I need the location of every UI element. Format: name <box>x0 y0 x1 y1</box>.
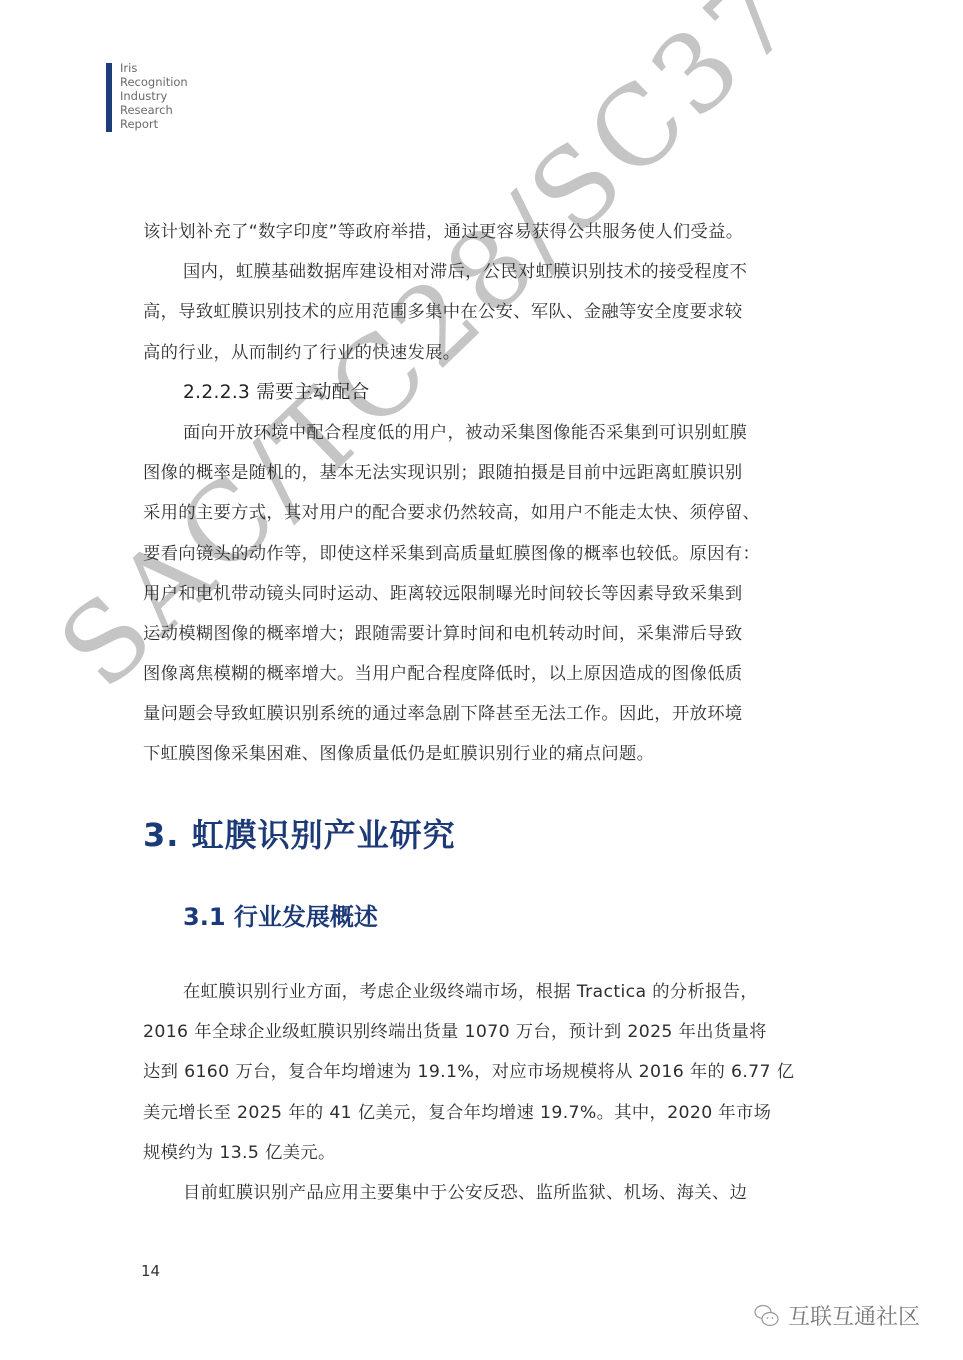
paragraph-line: 量问题会导致虹膜识别系统的通过率急剧下降甚至无法工作。因此，开放环境 <box>143 694 823 734</box>
brand-accent-bar <box>106 63 112 132</box>
section-heading: 3.1 行业发展概述 <box>183 897 378 932</box>
paragraph-line: 下虹膜图像采集困难、图像质量低仍是虹膜识别行业的痛点问题。 <box>143 734 823 774</box>
brand-line: Iris <box>120 61 188 75</box>
paragraph-line: 用户和电机带动镜头同时运动、距离较远限制曝光时间较长等因素导致采集到 <box>143 574 823 614</box>
paragraph-line: 该计划补充了“数字印度”等政府举措，通过更容易获得公共服务使人们受益。 <box>143 212 823 252</box>
paragraph-line: 图像离焦模糊的概率增大。当用户配合程度降低时，以上原因造成的图像低质 <box>143 654 823 694</box>
paragraph-line: 2016 年全球企业级虹膜识别终端出货量 1070 万台，预计到 2025 年出… <box>143 1012 823 1052</box>
paragraph-line: 达到 6160 万台，复合年均增速为 19.1%，对应市场规模将从 2016 年… <box>143 1052 823 1092</box>
page-number: 14 <box>141 1262 160 1280</box>
paragraph-line: 图像的概率是随机的，基本无法实现识别；跟随拍摄是目前中远距离虹膜识别 <box>143 453 823 493</box>
paragraph-line: 美元增长至 2025 年的 41 亿美元，复合年均增速 19.7%。其中，202… <box>143 1093 823 1133</box>
wechat-account-badge: 互联互通社区 <box>752 1300 920 1331</box>
paragraph-block-3: 在虹膜识别行业方面，考虑企业级终端市场，根据 Tractica 的分析报告， 2… <box>143 972 823 1213</box>
wechat-icon <box>752 1301 782 1331</box>
chapter-heading: 3. 虹膜识别产业研究 <box>143 810 456 856</box>
paragraph-block-1: 该计划补充了“数字印度”等政府举措，通过更容易获得公共服务使人们受益。 国内，虹… <box>143 212 823 775</box>
paragraph-line: 运动模糊图像的概率增大；跟随需要计算时间和电机转动时间，采集滞后导致 <box>143 614 823 654</box>
brand-line: Industry <box>120 89 188 103</box>
wechat-account-name: 互联互通社区 <box>788 1300 920 1331</box>
paragraph-line: 在虹膜识别行业方面，考虑企业级终端市场，根据 Tractica 的分析报告， <box>143 972 823 1012</box>
brand-line: Research <box>120 103 188 117</box>
paragraph-line: 高，导致虹膜识别技术的应用范围多集中在公安、军队、金融等安全度要求较 <box>143 292 823 332</box>
paragraph-line: 采用的主要方式，其对用户的配合要求仍然较高，如用户不能走太快、须停留、 <box>143 493 823 533</box>
paragraph-line: 要看向镜头的动作等，即使这样采集到高质量虹膜图像的概率也较低。原因有： <box>143 534 823 574</box>
paragraph-line: 高的行业，从而制约了行业的快速发展。 <box>143 333 823 373</box>
paragraph-line: 面向开放环境中配合程度低的用户，被动采集图像能否采集到可识别虹膜 <box>143 413 823 453</box>
paragraph-line: 国内，虹膜基础数据库建设相对滞后，公民对虹膜识别技术的接受程度不 <box>143 252 823 292</box>
brand-line: Report <box>120 117 188 131</box>
paragraph-line: 规模约为 13.5 亿美元。 <box>143 1133 823 1173</box>
paragraph-line: 目前虹膜识别产品应用主要集中于公安反恐、监所监狱、机场、海关、边 <box>143 1173 823 1213</box>
brand-line: Recognition <box>120 75 188 89</box>
brand-title: Iris Recognition Industry Research Repor… <box>120 61 188 131</box>
subsection-heading: 2.2.2.3 需要主动配合 <box>143 373 823 413</box>
